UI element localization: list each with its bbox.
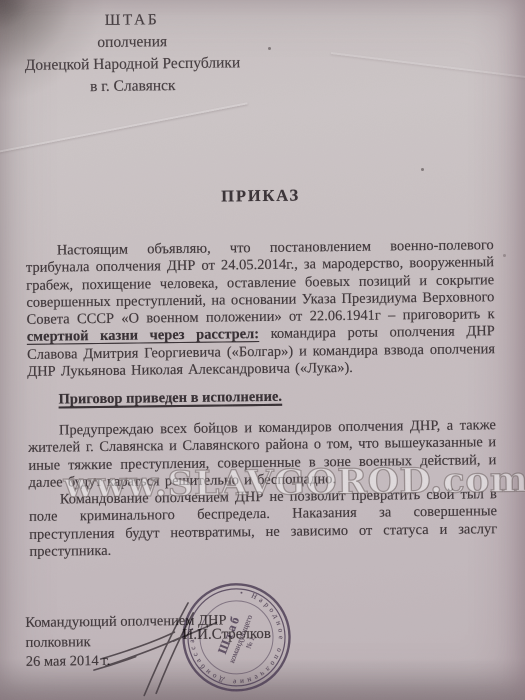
order-body-continued: Приговор приведен в исполнение. Предупре…: [27, 386, 497, 561]
stamp-center-line3: № 1: [245, 635, 257, 649]
order-text-before: Настоящим объявляю, что постановлением в…: [26, 237, 495, 328]
official-stamp: • Народное ополчение Донбасса • Штаб ком…: [180, 581, 293, 694]
letterhead-line: ШТАБ: [6, 8, 258, 33]
order-title: ПРИКАЗ: [0, 183, 523, 209]
letterhead-line: ополчения: [6, 30, 258, 55]
verdict-heading: Приговор приведен в исполнение.: [58, 386, 495, 408]
letterhead: ШТАБ ополчения Донецкой Народной Республ…: [6, 8, 259, 99]
letterhead-line: в г. Славянск: [7, 74, 259, 99]
death-sentence-emphasis: смертной казни через расстрел:: [27, 326, 259, 345]
command-paragraph: Командование ополчением ДНР не позволит …: [29, 486, 498, 561]
warning-paragraph: Предупреждаю всех бойцов и командиров оп…: [28, 417, 497, 492]
order-paragraph: Настоящим объявляю, что постановлением в…: [26, 237, 496, 381]
order-body: Настоящим объявляю, что постановлением в…: [26, 237, 496, 381]
stamp-center-text: Штаб командующего № 1: [213, 608, 263, 668]
letterhead-line: Донецкой Народной Республики: [6, 52, 258, 77]
document-photo: ШТАБ ополчения Донецкой Народной Республ…: [0, 0, 525, 700]
document-content: ШТАБ ополчения Донецкой Народной Республ…: [0, 0, 525, 700]
